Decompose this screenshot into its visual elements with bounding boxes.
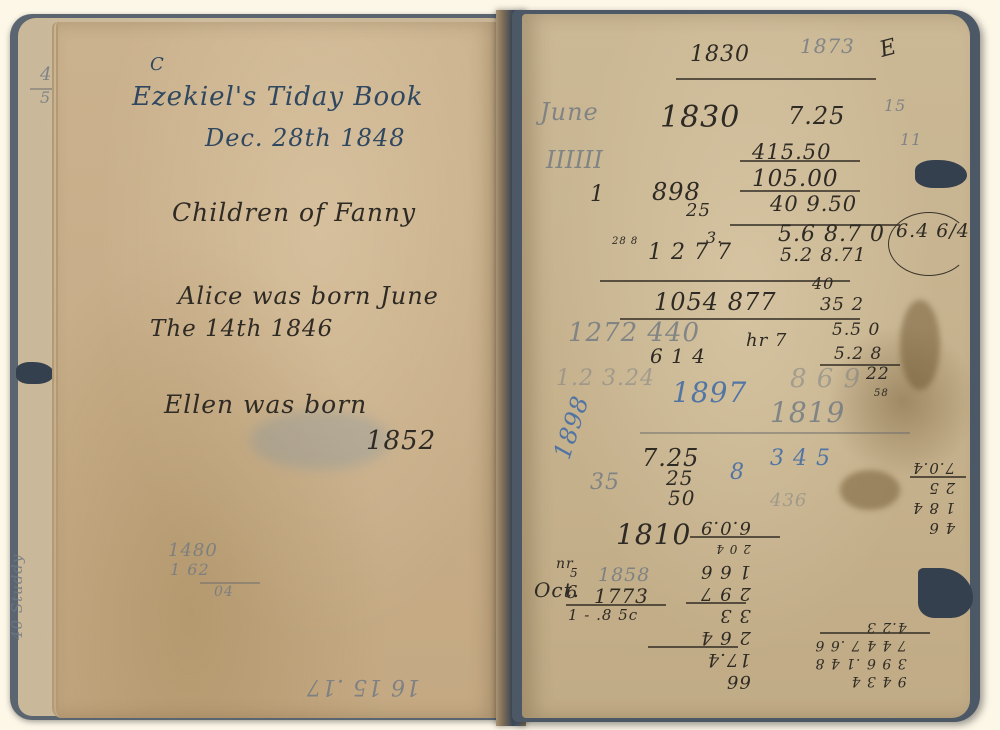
number-1054: 1054 877 bbox=[654, 288, 777, 316]
faint-rule-1819 bbox=[640, 432, 910, 434]
rule-inverted-col3 bbox=[820, 632, 930, 634]
number-550: 5.5 0 bbox=[832, 320, 880, 340]
number-352: 35 2 bbox=[820, 294, 864, 315]
oct-day: 6 bbox=[566, 582, 578, 603]
row1-amount: 7.25 bbox=[788, 102, 845, 130]
cover-tear-left bbox=[16, 362, 54, 384]
number-50: 50 bbox=[668, 486, 695, 510]
row1-year: 1830 bbox=[660, 100, 740, 135]
margin-vertical-pencil: 40 Studdy bbox=[8, 554, 26, 641]
number-528: 5.2 8.71 bbox=[780, 244, 867, 266]
margin-fraction-bottom: 5 bbox=[40, 88, 51, 107]
oct-sup: 5 bbox=[570, 566, 579, 580]
subheading-children: Children of Fanny bbox=[172, 198, 416, 227]
number-1810: 1810 bbox=[616, 518, 691, 551]
entry-ellen-year: 1852 bbox=[366, 426, 436, 456]
word-hr: hr 7 bbox=[746, 330, 787, 351]
entry-alice-line1: Alice was born June bbox=[178, 282, 439, 310]
page-tear-top-right bbox=[915, 160, 967, 188]
rule-inverted-1 bbox=[690, 536, 780, 538]
pencil-sum-mid: 1 62 bbox=[170, 560, 210, 579]
water-stain bbox=[840, 470, 900, 510]
amount-105: 105.00 bbox=[752, 166, 838, 192]
notebook-date: Dec. 28th 1848 bbox=[205, 124, 406, 152]
blue-345: 3 4 5 bbox=[770, 446, 831, 471]
mark-1: 1 bbox=[590, 182, 605, 207]
fraction-small: 28 8 bbox=[612, 236, 638, 247]
inverted-column-2: 7.0.4 2 5 1 8 4 4 6 bbox=[912, 458, 955, 538]
blue-1897: 1897 bbox=[672, 376, 747, 409]
top-year-faint: 1873 bbox=[800, 34, 855, 58]
tally-marks: IIIIII bbox=[546, 146, 603, 174]
margin-11: 11 bbox=[900, 130, 922, 149]
amount-409: 40 9.50 bbox=[770, 192, 857, 216]
ink-stain bbox=[900, 300, 940, 390]
entry-alice-line2: The 14th 1846 bbox=[150, 316, 333, 342]
number-35: 35 bbox=[590, 470, 620, 495]
pencil-sum-bottom: 04 bbox=[214, 584, 234, 600]
faint-8609: 8 6 9 bbox=[790, 364, 861, 394]
number-1277: 1 2 7 7 bbox=[648, 240, 732, 265]
margin-fraction-top: 4 bbox=[40, 64, 52, 85]
number-25: 25 bbox=[686, 200, 711, 221]
june-label: June bbox=[540, 98, 599, 126]
number-614: 6 1 4 bbox=[650, 344, 706, 368]
entry-ellen-line1: Ellen was born bbox=[164, 390, 367, 419]
faint-1819: 1819 bbox=[770, 396, 845, 429]
rule-415 bbox=[740, 160, 860, 162]
footer-inverted-number: 16 15 .17 bbox=[306, 674, 420, 699]
year-1858: 1858 bbox=[598, 564, 650, 586]
faint-number-bottom: 1.2 3.24 bbox=[556, 366, 655, 391]
notebook-title: Ezekiel's Tiday Book bbox=[132, 82, 424, 112]
number-58: 58 bbox=[874, 388, 889, 399]
blue-8: 8 bbox=[730, 460, 745, 485]
pencil-sum-top: 1480 bbox=[168, 540, 218, 561]
rule-inverted-col2 bbox=[910, 476, 966, 478]
notebook-photo: 4 5 40 Studdy C Ezekiel's Tiday Book Dec… bbox=[0, 0, 1000, 730]
top-rule bbox=[676, 78, 876, 80]
inverted-column-3: 4.2 3 7 4 4 7 .6 6 3 9 6 .1 4 8 9 4 3 4 bbox=[806, 618, 907, 690]
circled-amount: 6.4 6/4 bbox=[896, 220, 970, 242]
top-year: 1830 bbox=[690, 42, 750, 67]
rule-inverted-2 bbox=[686, 602, 746, 604]
number-528b: 5.2 8 bbox=[834, 344, 882, 364]
heading-mark: C bbox=[150, 54, 165, 75]
margin-15: 15 bbox=[884, 96, 906, 115]
amount-1-85: 1 - .8 5c bbox=[568, 606, 638, 624]
inverted-column-1: 6.0.9 2 0 4 1 6 6 2 9 7 3 3 2 6 4 17.4 6… bbox=[700, 516, 751, 692]
number-40: 40 bbox=[812, 274, 834, 293]
faint-436: 436 bbox=[770, 490, 807, 511]
number-22: 22 bbox=[866, 364, 890, 384]
rule-inverted-3 bbox=[648, 646, 738, 648]
